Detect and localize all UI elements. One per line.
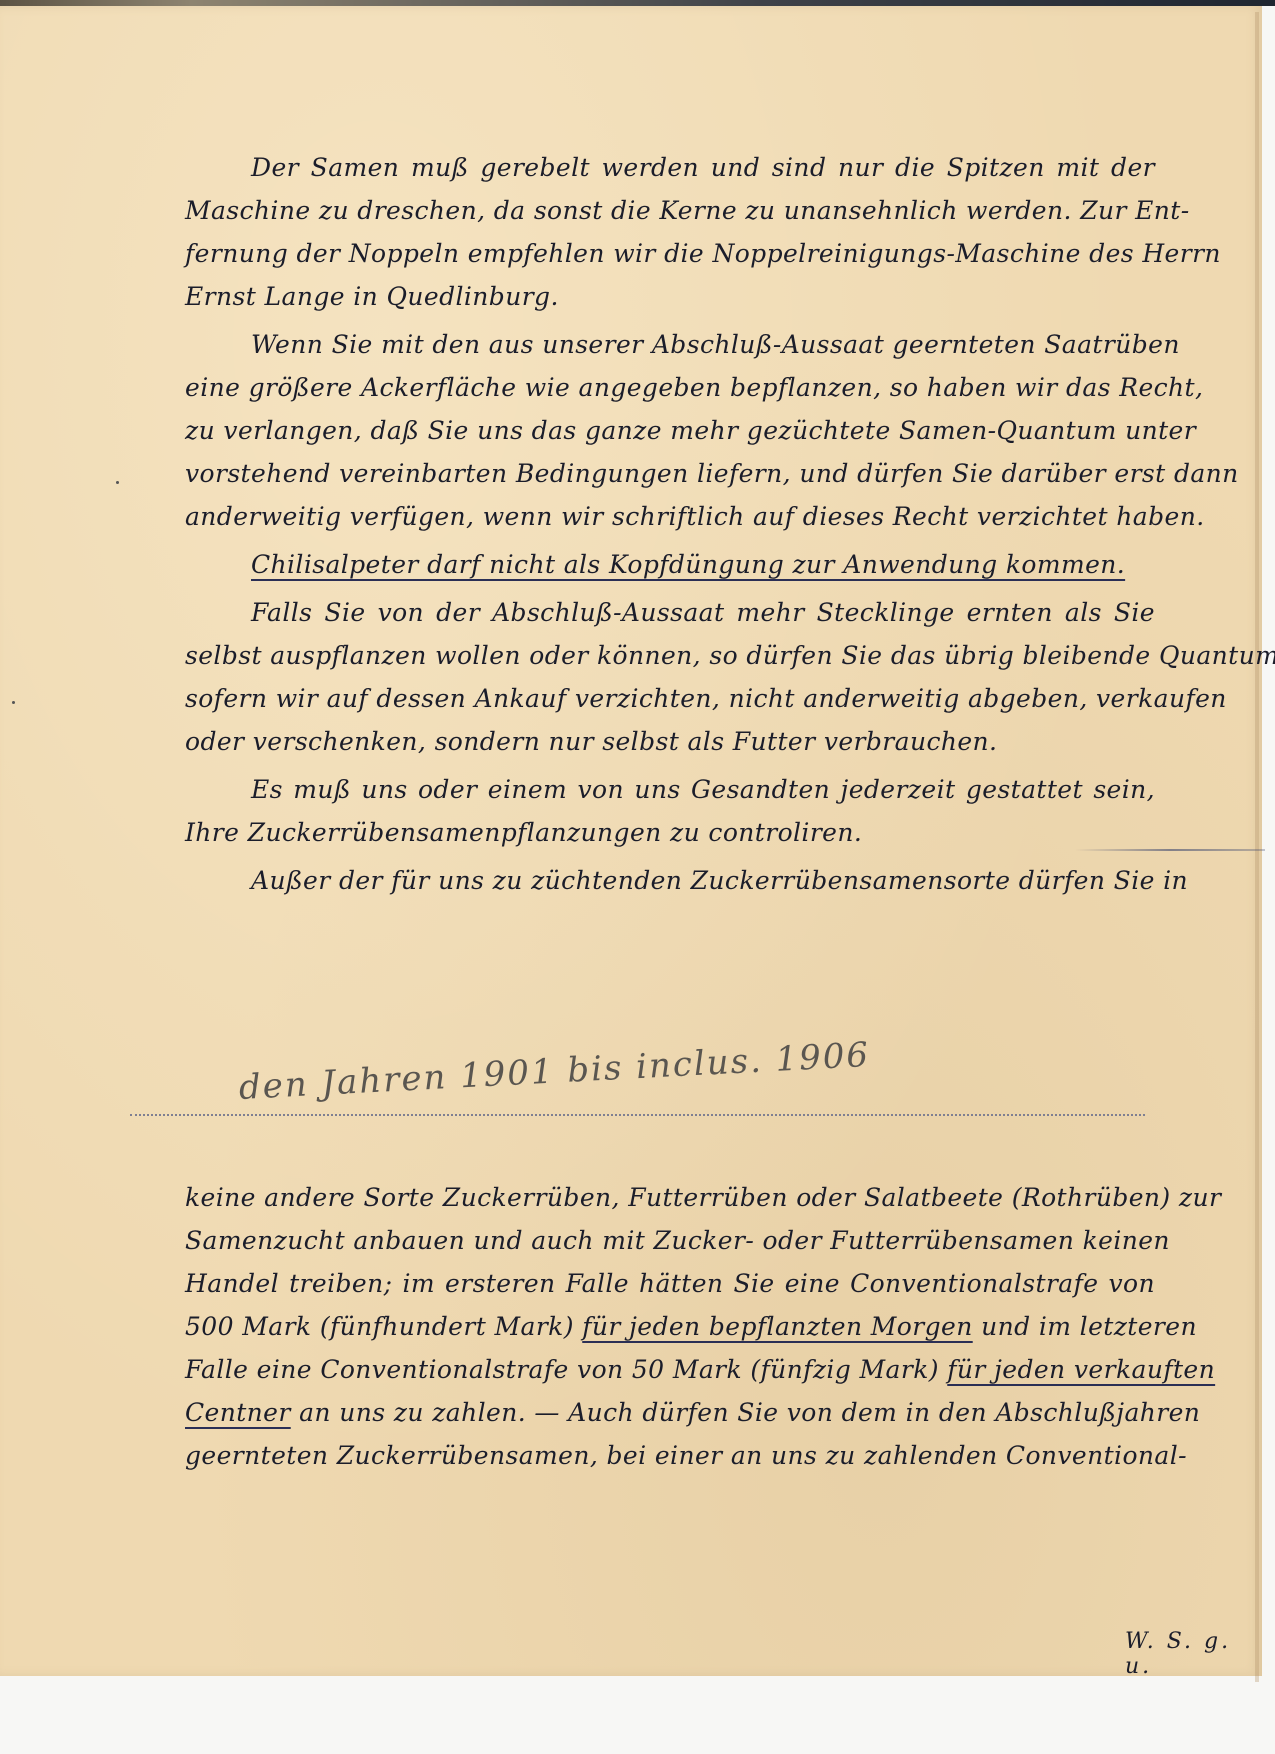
text-fragment: an uns zu zahlen. — Auch dürfen Sie von …: [299, 1398, 1200, 1427]
underlined-text: Chilisalpeter darf nicht als Kopfdüngung…: [251, 550, 1125, 579]
text-line: Falle eine Conventionalstrafe von 50 Mar…: [185, 1348, 1155, 1391]
fertilizer-notice: Chilisalpeter darf nicht als Kopfdüngung…: [185, 543, 1155, 586]
please-turn-over-note: W. S. g. u.: [1125, 1629, 1262, 1679]
text-line: selbst auspflanzen wollen oder können, s…: [185, 634, 1155, 677]
underlined-text: für jeden bepflanzten Morgen: [582, 1312, 972, 1341]
text-line: anderweitig verfügen, wenn wir schriftli…: [185, 495, 1155, 538]
text-line: Handel treiben; im ersteren Falle hätten…: [185, 1262, 1155, 1305]
text-line: sofern wir auf dessen Ankauf verzichten,…: [185, 677, 1155, 720]
text-fragment: und im letzteren: [981, 1312, 1197, 1341]
text-line: keine andere Sorte Zuckerrüben, Futterrü…: [185, 1176, 1155, 1219]
ink-speck: [116, 481, 119, 484]
text-line: Samenzucht anbauen und auch mit Zucker- …: [185, 1219, 1155, 1262]
text-line: Ernst Lange in Quedlinburg.: [185, 275, 1155, 318]
text-line: Außer der für uns zu züchtenden Zuckerrü…: [185, 859, 1155, 902]
underlined-text: Centner: [185, 1398, 291, 1427]
text-line: eine größere Ackerfläche wie angegeben b…: [185, 366, 1155, 409]
penalty-amount: Falle eine Conventionalstrafe von 50 Mar…: [185, 1355, 939, 1384]
handwritten-fill-field: den Jahren 1901 bis inclus. 1906: [130, 1056, 1145, 1116]
text-line: Falls Sie von der Abschluß-Aussaat mehr …: [185, 591, 1155, 634]
text-line: fernung der Noppeln empfehlen wir die No…: [185, 232, 1155, 275]
text-line: oder verschenken, sondern nur selbst als…: [185, 720, 1155, 763]
body-text-upper: Der Samen muß gerebelt werden und sind n…: [185, 146, 1155, 902]
text-line: Wenn Sie mit den aus unserer Abschluß-Au…: [185, 323, 1155, 366]
paper-edge-crease: [1255, 12, 1259, 1682]
text-line: vorstehend vereinbarten Bedingungen lief…: [185, 452, 1155, 495]
ink-speck: [12, 701, 15, 704]
underlined-text: für jeden verkauften: [947, 1355, 1215, 1384]
handwritten-years: den Jahren 1901 bis inclus. 1906: [238, 1035, 871, 1108]
document-page: Der Samen muß gerebelt werden und sind n…: [0, 6, 1262, 1676]
text-line: geernteten Zuckerrübensamen, bei einer a…: [185, 1434, 1155, 1477]
text-line: zu verlangen, daß Sie uns das ganze mehr…: [185, 409, 1155, 452]
text-line: Es muß uns oder einem von uns Gesandten …: [185, 768, 1155, 811]
text-line: 500 Mark (fünfhundert Mark) für jeden be…: [185, 1305, 1155, 1348]
text-line: Der Samen muß gerebelt werden und sind n…: [185, 146, 1155, 189]
text-line: Ihre Zuckerrübensamenpflanzungen zu cont…: [185, 811, 1155, 854]
body-text-lower: keine andere Sorte Zuckerrüben, Futterrü…: [185, 1176, 1155, 1477]
penalty-amount: 500 Mark (fünfhundert Mark): [185, 1312, 574, 1341]
text-line: Maschine zu dreschen, da sonst die Kerne…: [185, 189, 1155, 232]
text-line: Centner an uns zu zahlen. — Auch dürfen …: [185, 1391, 1155, 1434]
